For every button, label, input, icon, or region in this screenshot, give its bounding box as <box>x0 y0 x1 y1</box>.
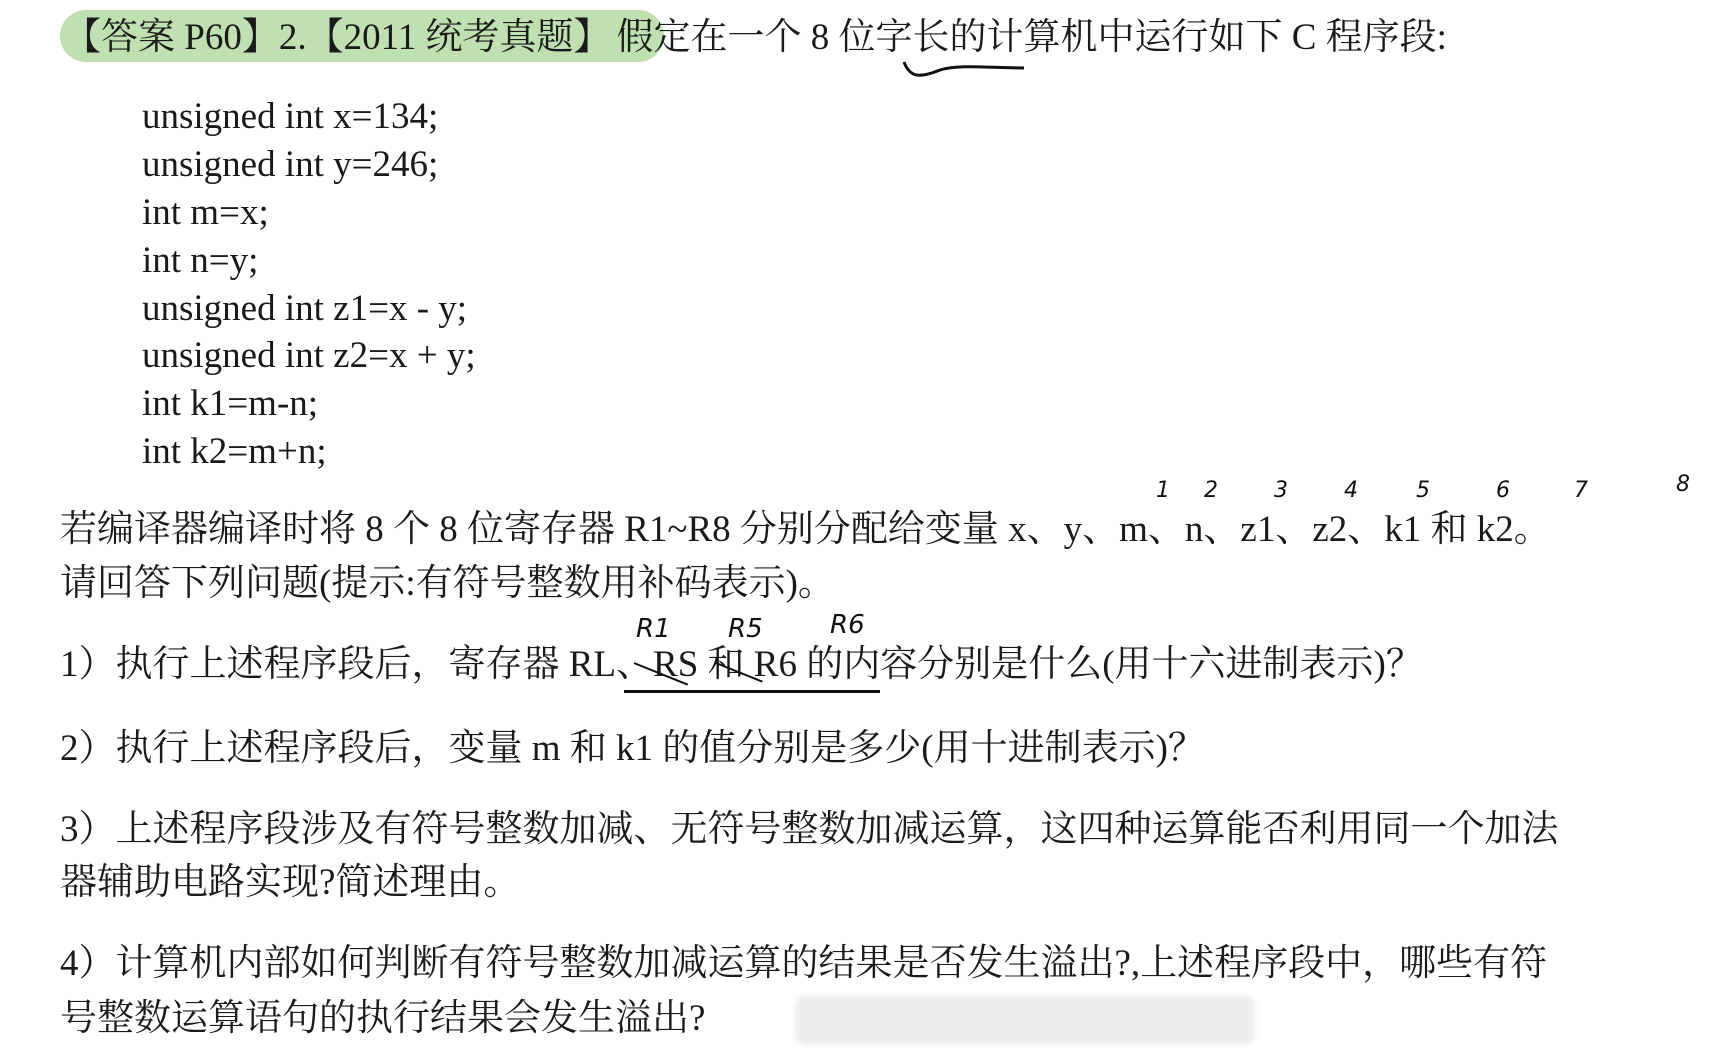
code-line: unsigned int z2=x + y; <box>142 334 476 378</box>
code-line: unsigned int x=134; <box>142 95 438 139</box>
question-4: 4）计算机内部如何判断有符号整数加减运算的结果是否发生溢出?,上述程序段中，哪些… <box>60 942 1547 986</box>
paragraph-line: 请回答下列问题(提示:有符号整数用补码表示)。 <box>60 562 835 606</box>
handwritten-register: R6 <box>830 610 865 640</box>
handwritten-index: 6 <box>1496 478 1510 503</box>
question-1: 1）执行上述程序段后，寄存器 RL、RS 和 R6 的内容分别是什么(用十六进制… <box>60 643 1423 687</box>
handwritten-index: 5 <box>1416 478 1430 503</box>
question-header: 【答案 P60】2.【2011 统考真题】假定在一个 8 位字长的计算机中运行如… <box>64 16 1447 60</box>
handwritten-index: 7 <box>1574 478 1588 503</box>
handwritten-index: 2 <box>1204 478 1218 503</box>
handwritten-register: R1 <box>636 614 671 644</box>
paragraph-line: 若编译器编译时将 8 个 8 位寄存器 R1~R8 分别分配给变量 x、y、m、… <box>60 508 1551 552</box>
code-line: unsigned int z1=x - y; <box>142 287 467 331</box>
question-3: 3）上述程序段涉及有符号整数加减、无符号整数加减运算，这四种运算能否利用同一个加… <box>60 808 1559 852</box>
code-line: unsigned int y=246; <box>142 143 438 187</box>
question-2: 2）执行上述程序段后，变量 m 和 k1 的值分别是多少(用十进制表示)？ <box>60 727 1205 771</box>
code-line: int k1=m-n; <box>142 382 318 426</box>
handwritten-index: 1 <box>1156 478 1170 503</box>
handwritten-index: 4 <box>1344 478 1358 503</box>
handwritten-index: 8 <box>1676 472 1690 497</box>
code-line: int k2=m+n; <box>142 430 327 474</box>
handwritten-index: 3 <box>1274 478 1288 503</box>
question-intro: 假定在一个 8 位字长的计算机中运行如下 C 程序段: <box>616 17 1446 58</box>
handwritten-underline <box>624 690 880 693</box>
handwritten-underline <box>900 58 1030 82</box>
question-3-cont: 器辅助电路实现?简述理由。 <box>60 861 520 905</box>
redacted-region <box>795 995 1255 1045</box>
question-4-cont: 号整数运算语句的执行结果会发生溢出? <box>60 997 705 1041</box>
question-tag: 【答案 P60】2.【2011 统考真题】 <box>64 17 610 58</box>
code-line: int n=y; <box>142 239 258 283</box>
handwritten-register: R5 <box>728 614 763 644</box>
code-line: int m=x; <box>142 191 269 235</box>
